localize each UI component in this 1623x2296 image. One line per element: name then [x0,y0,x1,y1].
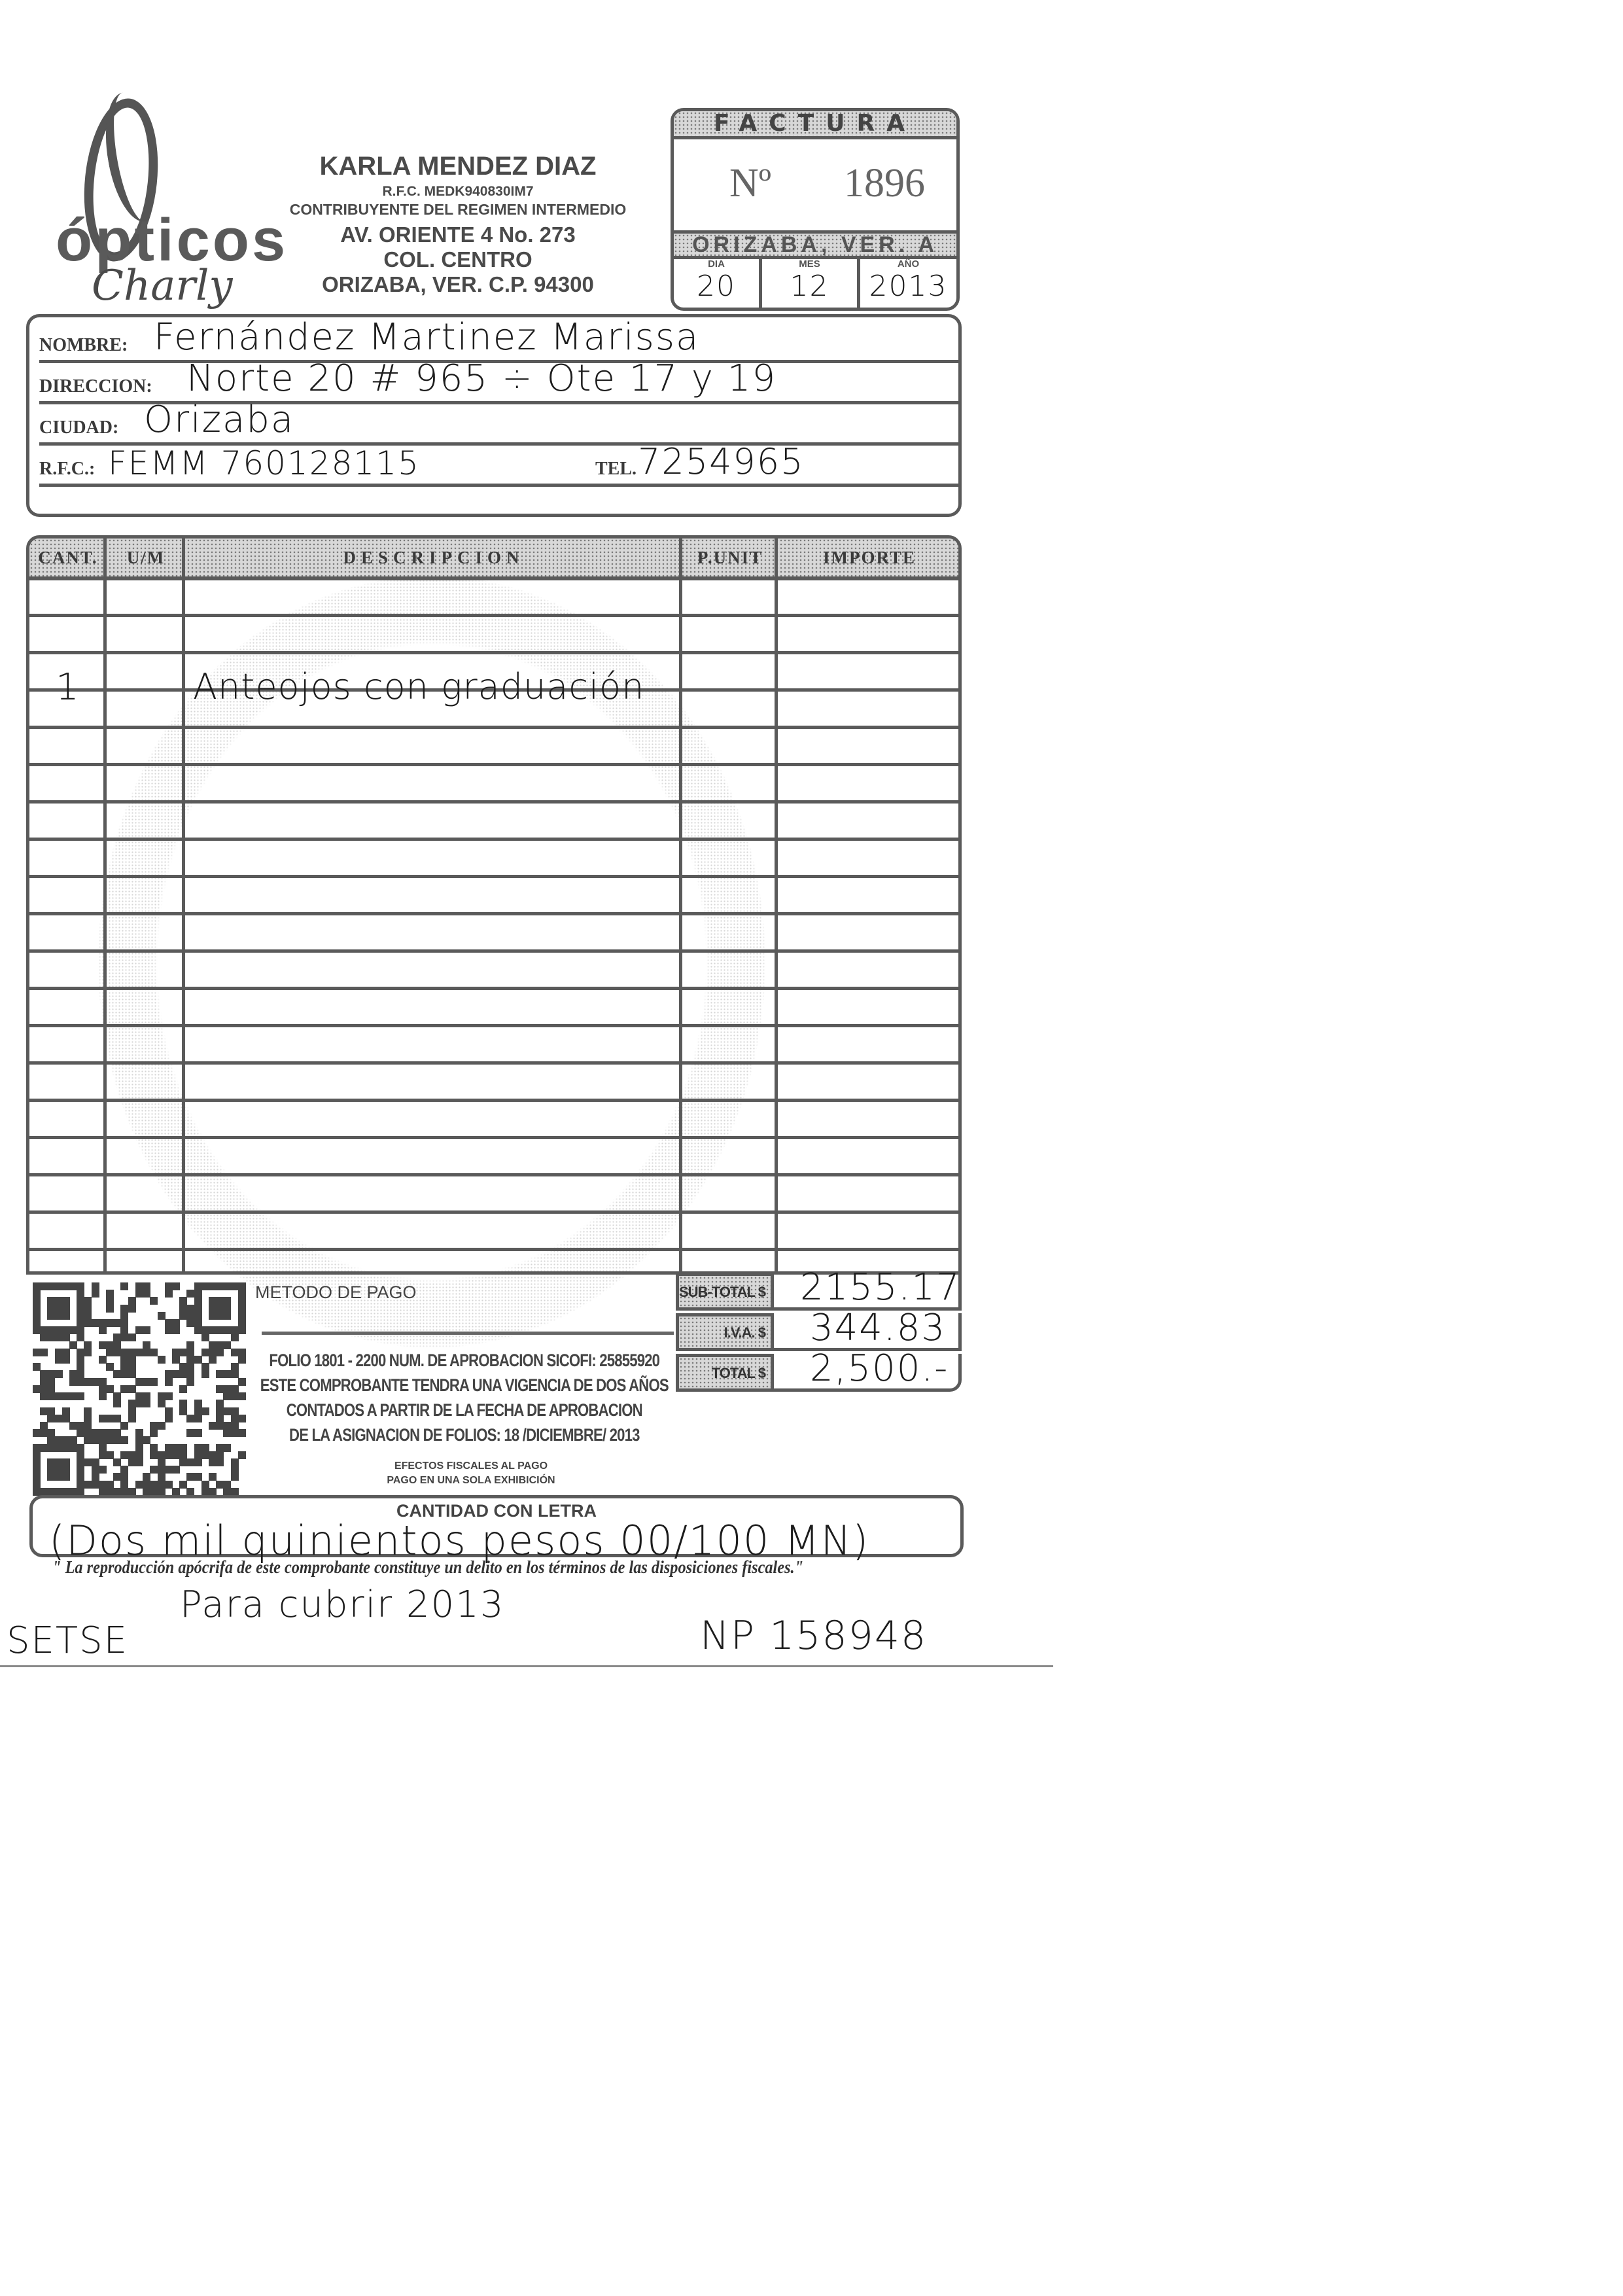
year-value: 2013 [860,270,956,303]
iva-label: I.V.A. $ [676,1313,774,1351]
month-value: 12 [762,270,857,303]
row-divider [29,949,958,953]
invoice-box: FACTURA Nº 1896 ORIZABA, VER. A DIA 20 M… [671,108,960,311]
paper-edge [0,1665,1053,1667]
row-divider [29,1099,958,1102]
business-name: KARLA MENDEZ DIAZ [275,152,641,181]
row-description: Anteojos con graduación [193,666,644,707]
legal-text: FOLIO 1801 - 2200 NUM. DE APROBACION SIC… [255,1348,674,1447]
client-city-row: CIUDAD: Orizaba [39,403,958,446]
legal-line: CONTADOS A PARTIR DE LA FECHA DE APROBAC… [255,1398,674,1422]
row-divider [29,651,958,654]
row-divider [29,800,958,804]
col-divider [182,539,185,1271]
date-month: MES 12 [762,256,860,308]
year-label: AÑO [860,258,956,270]
date-day: DIA 20 [674,256,762,308]
client-address-label: DIRECCION: [39,376,152,397]
logo-script: Charly [92,262,233,310]
client-phone-label: TEL. [595,459,637,480]
client-city-label: CIUDAD: [39,417,118,438]
col-qty: CANT. [29,539,107,576]
business-rfc: R.F.C. MEDK940830IM7 [275,184,641,200]
total-cell: 2,500.- [774,1354,962,1392]
client-box: NOMBRE: Fernández Martinez Marissa DIREC… [26,314,962,517]
client-phone: 7254965 [638,441,805,482]
invoice-city: ORIZABA, VER. A [674,230,956,259]
row-divider [29,1210,958,1214]
col-description: DESCRIPCION [185,539,682,576]
row-divider [29,838,958,841]
total-value: 2,500.- [810,1347,949,1390]
row-divider [29,763,958,766]
client-city: Orizaba [144,398,294,441]
client-name: Fernández Martinez Marissa [154,316,699,359]
business-regime: CONTRIBUYENTE DEL REGIMEN INTERMEDIO [275,201,641,219]
client-rfc-row: R.F.C.: FEMM 760128115 TEL. 7254965 [39,444,958,487]
fiscal-effects: EFECTOS FISCALES AL PAGO [340,1459,602,1474]
legal-line: ESTE COMPROBANTE TENDRA UNA VIGENCIA DE … [255,1373,674,1398]
row-divider [29,726,958,729]
invoice-number: 1896 [844,160,925,207]
col-amount: IMPORTE [778,539,961,576]
total-label: TOTAL $ [676,1354,774,1392]
qr-code [33,1282,245,1495]
client-address: Norte 20 # 965 ÷ Ote 17 y 19 [186,357,777,400]
subtotal-value: 2155.17 [800,1266,961,1309]
row-divider [29,614,958,617]
subtotal-cell: 2155.17 [774,1273,962,1311]
business-info: KARLA MENDEZ DIAZ R.F.C. MEDK940830IM7 C… [275,152,641,297]
note-code: SETSE [7,1619,128,1662]
disclaimer: " La reproducción apócrifa de este compr… [52,1557,803,1578]
col-divider [775,539,778,1271]
legal-line: FOLIO 1801 - 2200 NUM. DE APROBACION SIC… [255,1348,674,1373]
totals-box: SUB-TOTAL $ 2155.17 I.V.A. $ 344.83 TOTA… [676,1273,962,1404]
amount-in-words-box: CANTIDAD CON LETRA (Dos mil quinientos p… [29,1495,964,1557]
day-value: 20 [674,270,759,303]
payment-terms: EFECTOS FISCALES AL PAGO PAGO EN UNA SOL… [340,1459,602,1488]
items-table-header: CANT. U/M DESCRIPCION P.UNIT IMPORTE [29,539,958,580]
payment-method-label: METODO DE PAGO [255,1282,417,1303]
single-payment: PAGO EN UNA SOLA EXHIBICIÓN [340,1474,602,1488]
client-name-label: NOMBRE: [39,335,128,356]
business-address-1: AV. ORIENTE 4 No. 273 [275,222,641,247]
note-purpose: Para cubrir 2013 [180,1583,504,1626]
col-divider [679,539,682,1271]
iva-value: 344.83 [810,1307,946,1349]
date-year: AÑO 2013 [860,256,956,308]
row-divider [29,875,958,878]
note-np: NP 158948 [700,1613,927,1659]
invoice-number-label: Nº [729,160,771,207]
row-divider [29,1173,958,1176]
client-rfc: FEMM 760128115 [108,444,420,482]
day-label: DIA [674,258,759,270]
row-divider [29,912,958,915]
legal-line: DE LA ASIGNACION DE FOLIOS: 18 /DICIEMBR… [255,1422,674,1447]
row-divider [29,1136,958,1139]
client-rfc-label: R.F.C.: [39,459,95,480]
invoice-title: FACTURA [674,111,956,139]
col-unit-price: P.UNIT [682,539,778,576]
row-divider [29,1061,958,1065]
row-divider [29,1248,958,1251]
month-label: MES [762,258,857,270]
row-qty: 1 [56,666,80,709]
business-address-2: COL. CENTRO [275,247,641,272]
business-address-3: ORIZABA, VER. C.P. 94300 [275,272,641,297]
row-divider [29,1024,958,1027]
subtotal-label: SUB-TOTAL $ [676,1273,774,1311]
payment-method-line [262,1332,674,1335]
row-divider [29,987,958,990]
items-table: CANT. U/M DESCRIPCION P.UNIT IMPORTE 1 A… [26,535,962,1275]
col-divider [103,539,107,1271]
iva-cell: 344.83 [774,1313,962,1351]
col-unit: U/M [107,539,185,576]
